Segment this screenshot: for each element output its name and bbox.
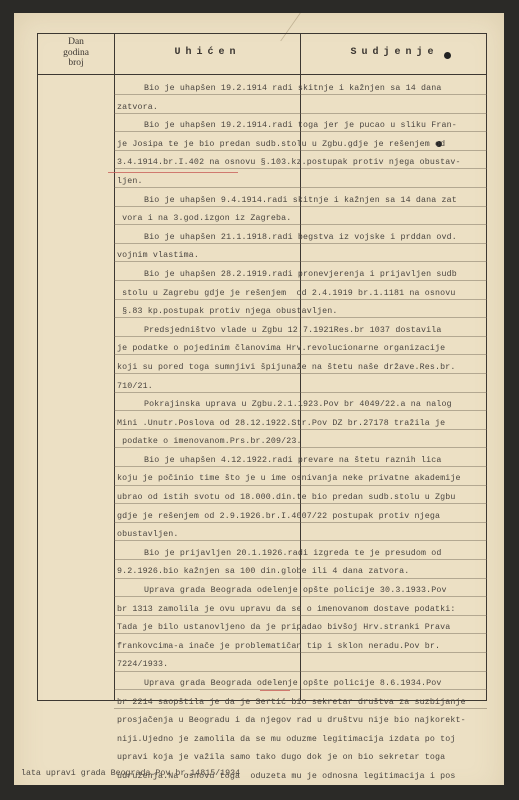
- typed-line: koju je počinio time što je u ime osniva…: [117, 470, 492, 489]
- typed-line: Tada je bilo ustanovljeno da je pripadao…: [117, 619, 492, 638]
- typed-line: Mini .Unutr.Poslova od 28.12.1922.Str.Po…: [117, 415, 492, 434]
- red-underline-sertic: [260, 690, 290, 691]
- background-bottom: [0, 785, 519, 800]
- table-header: Dan godina broj Uhićen Sudjenje: [38, 34, 486, 75]
- typed-line: Bio je uhapšen 21.1.1918.radi begstva iz…: [117, 229, 492, 248]
- typed-line: ubrao od istih svotu od 18.000.din.te bi…: [117, 489, 492, 508]
- typed-line: vora i na 3.god.izgon iz Zagreba.: [117, 210, 492, 229]
- header-sudjenje: Sudjenje: [301, 47, 488, 58]
- typed-line: zatvora.: [117, 99, 492, 118]
- typed-line: Bio je uhapšen 28.2.1919.radi pronevjere…: [117, 266, 492, 285]
- typed-line: 9.2.1926.bio kažnjen sa 100 din.globe il…: [117, 563, 492, 582]
- typed-line: podatke o imenovanom.Prs.br.209/23.: [117, 433, 492, 452]
- typed-line: je podatke o pojedinim članovima Hrv.rev…: [117, 340, 492, 359]
- typed-line: br 2214 saopštila je da je Sertić bio se…: [117, 694, 492, 713]
- typed-line: obustavljen.: [117, 526, 492, 545]
- typed-entries: Bio je uhapšen 19.2.1914 radi skitnje i …: [117, 80, 492, 787]
- overflow-line: lata upravi grada Beograda.Pov br.14815/…: [21, 769, 240, 778]
- typed-line: je Josipa te je bio predan sudb.stolu u …: [117, 136, 492, 155]
- header-dan: Dan: [38, 37, 114, 48]
- typed-line: vojnim vlastima.: [117, 247, 492, 266]
- red-underline-josipa: [108, 172, 238, 173]
- typed-line: ljen.: [117, 173, 492, 192]
- header-dan-godina-broj: Dan godina broj: [38, 37, 114, 69]
- ink-blot-mark: [444, 52, 451, 59]
- typed-line: frankovcima-a inače je problematičan tip…: [117, 638, 492, 657]
- typed-line: Bio je uhapšen 9.4.1914.radi skitnje i k…: [117, 192, 492, 211]
- typed-line: stolu u Zagrebu gdje je rešenjem od 2.4.…: [117, 285, 492, 304]
- typed-line: prosjačenja u Beogradu i da njegov rad u…: [117, 712, 492, 731]
- typed-line: Bio je uhapšen 4.12.1922.radi prevare na…: [117, 452, 492, 471]
- typed-line: Bio je prijavljen 20.1.1926.radi izgreda…: [117, 545, 492, 564]
- typed-line: 7224/1933.: [117, 656, 492, 675]
- typed-line: niji.Ujedno je zamolila da se mu oduzme …: [117, 731, 492, 750]
- typed-line: Uprava grada Beograda odelenje opšte pol…: [117, 582, 492, 601]
- typed-line: Bio je uhapšen 19.2.1914 radi skitnje i …: [117, 80, 492, 99]
- typed-line: Pokrajinska uprava u Zgbu.2.1.1923.Pov b…: [117, 396, 492, 415]
- column-divider-1: [114, 34, 115, 700]
- typed-line: koji su pored toga sumnjivi špijunaže na…: [117, 359, 492, 378]
- typed-line: Uprava grada Beograda odelenje opšte pol…: [117, 675, 492, 694]
- header-godina: godina: [38, 48, 114, 59]
- typed-line: br 1313 zamolila je ovu upravu da se o i…: [117, 601, 492, 620]
- typed-line: Bio je uhapšen 19.2.1914.radi toga jer j…: [117, 117, 492, 136]
- typed-line: §.83 kp.postupak protiv njega obustavlje…: [117, 303, 492, 322]
- typed-line: Predsjedništvo vlade u Zgbu 12.7.1921Res…: [117, 322, 492, 341]
- header-broj: broj: [38, 58, 114, 69]
- typed-line: 3.4.1914.br.I.402 na osnovu §.103.kz.pos…: [117, 154, 492, 173]
- typed-line: upravi koja je važila samo tako dugo dok…: [117, 749, 492, 768]
- typed-line: gdje je rešenjem od 2.9.1926.br.I.4007/2…: [117, 508, 492, 527]
- typed-line: 710/21.: [117, 378, 492, 397]
- header-uhicen: Uhićen: [115, 47, 300, 58]
